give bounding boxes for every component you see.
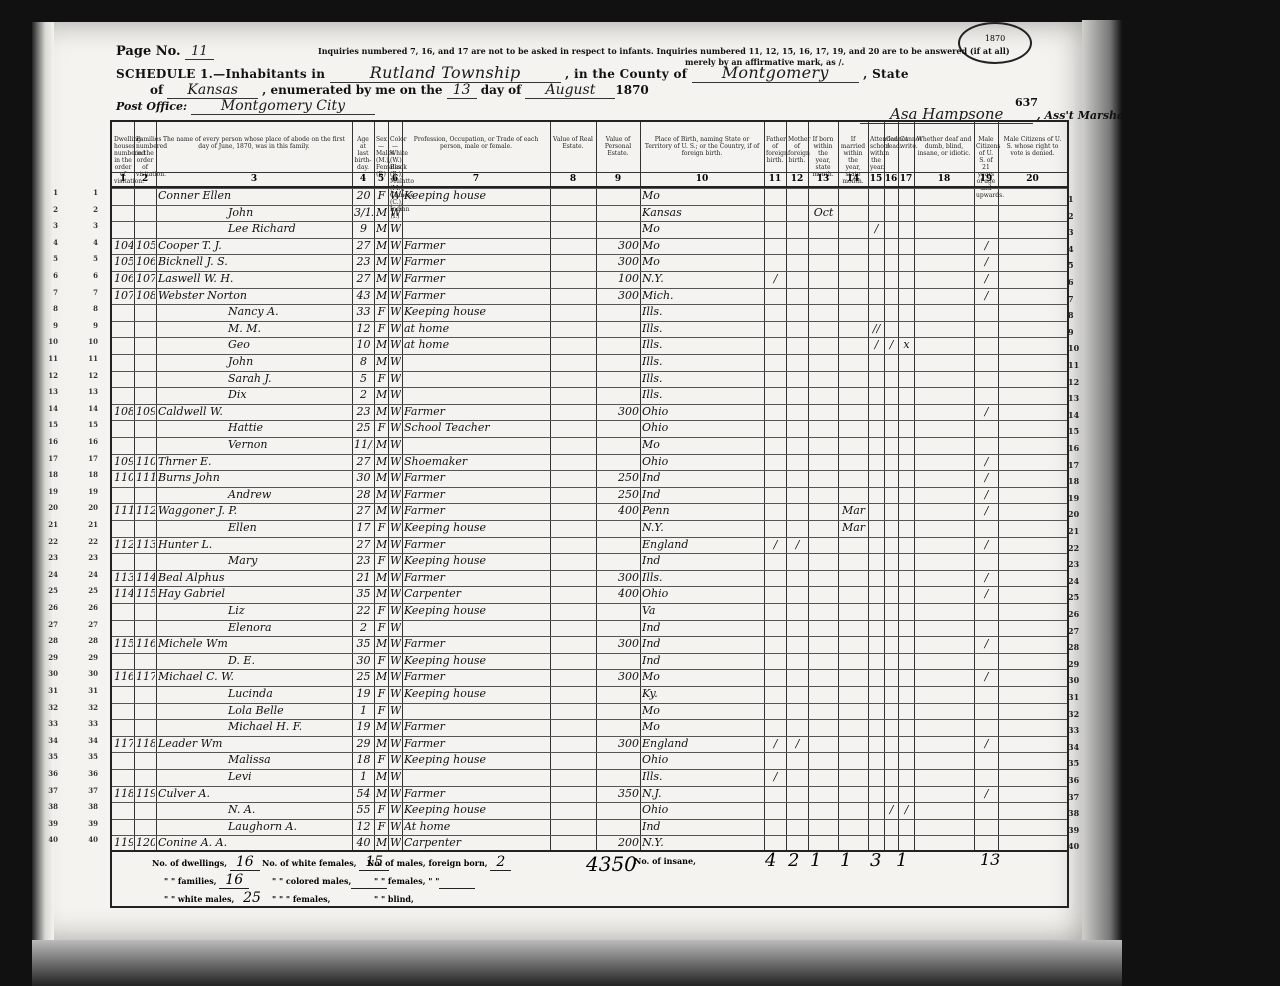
line-number-left: 11 xyxy=(38,354,58,363)
cell-c14: Mar xyxy=(840,504,867,517)
line-number-inner: 29 xyxy=(78,653,98,662)
cell-birthplace: Ills. xyxy=(642,388,763,401)
census-row: Dix2MWIlls. xyxy=(112,387,1067,405)
census-row: Michael H. F.19MWFarmerMo xyxy=(112,719,1067,737)
cell-age: 11/12 xyxy=(354,438,373,451)
cell-birthplace: Ky. xyxy=(642,687,763,700)
line-number-right: 3 xyxy=(1068,227,1074,237)
foreign-females-label: " " females, " " xyxy=(374,876,439,886)
cell-personal: 250 xyxy=(598,471,639,484)
cell-age: 33 xyxy=(354,305,373,318)
line-number-inner: 8 xyxy=(78,304,98,313)
column-number-3: 3 xyxy=(156,174,352,184)
line-number-right: 7 xyxy=(1068,294,1074,304)
dwellings-count: No. of dwellings, 16 xyxy=(152,854,260,870)
tally-13-value: 1 xyxy=(804,850,827,871)
cell-birthplace: Mo xyxy=(642,670,763,683)
county-value: Montgomery xyxy=(692,63,859,83)
column-number-5: 5 xyxy=(374,174,388,184)
tally-14-value: 1 xyxy=(834,850,857,871)
cell-sex: F xyxy=(376,604,387,617)
cell-birthplace: Ills. xyxy=(642,322,763,335)
cell-sex: F xyxy=(376,521,387,534)
cell-sex: M xyxy=(376,488,387,501)
column-number-13: 13 xyxy=(808,174,838,184)
line-number-inner: 9 xyxy=(78,321,98,330)
cell-name: Leader Wm xyxy=(158,737,351,750)
cell-birthplace: Mo xyxy=(642,239,763,252)
cell-family: 108 xyxy=(136,289,155,302)
cell-color: W xyxy=(390,770,401,783)
sheet-number: 637 xyxy=(1015,96,1038,109)
cell-age: 27 xyxy=(354,272,373,285)
cell-age: 35 xyxy=(354,637,373,650)
cell-c11: / xyxy=(766,272,785,285)
line-number-inner: 22 xyxy=(78,537,98,546)
cell-color: W xyxy=(390,737,401,750)
cell-personal: 300 xyxy=(598,571,639,584)
line-number-right: 25 xyxy=(1068,592,1079,602)
column-header-11: Father of foreign birth. xyxy=(766,136,784,164)
cell-age: 54 xyxy=(354,787,373,800)
cell-sex: M xyxy=(376,272,387,285)
cell-birthplace: Ills. xyxy=(642,338,763,351)
line-number-inner: 30 xyxy=(78,669,98,678)
line-number-right: 9 xyxy=(1068,327,1074,337)
cell-name: Michael C. W. xyxy=(158,670,351,683)
column-header-12: Mother of foreign birth. xyxy=(788,136,806,164)
line-number-inner: 24 xyxy=(78,570,98,579)
line-number-left: 6 xyxy=(38,271,58,280)
cell-dwelling: 113 xyxy=(114,571,133,584)
families-label: " " families, xyxy=(164,876,217,886)
census-row: N. A.55FWKeeping houseOhio// xyxy=(112,802,1067,820)
foreign-males-label: No. of males, foreign born, xyxy=(367,858,488,868)
cell-age: 20 xyxy=(354,189,373,202)
column-number-2: 2 xyxy=(134,174,156,184)
colored-females-label: " " " females, xyxy=(272,894,330,904)
census-row: 114115Hay Gabriel35MWCarpenter400Ohio/ xyxy=(112,586,1067,604)
cell-personal: 300 xyxy=(598,405,639,418)
cell-birthplace: Ills. xyxy=(642,571,763,584)
column-number-12: 12 xyxy=(786,174,808,184)
census-row: Elenora2FWInd xyxy=(112,620,1067,638)
cell-personal: 100 xyxy=(598,272,639,285)
cell-occupation: Farmer xyxy=(404,239,549,252)
cell-age: 28 xyxy=(354,488,373,501)
tally-col-19: 13 xyxy=(974,850,1006,869)
cell-color: W xyxy=(390,720,401,733)
cell-color: W xyxy=(390,504,401,517)
cell-birthplace: N.Y. xyxy=(642,272,763,285)
cell-sex: M xyxy=(376,405,387,418)
cell-birthplace: Mo xyxy=(642,704,763,717)
cell-sex: F xyxy=(376,305,387,318)
cell-birthplace: Mo xyxy=(642,222,763,235)
cell-personal: 300 xyxy=(598,289,639,302)
census-table: Dwelling-houses numbered in the order of… xyxy=(110,120,1069,852)
line-number-right: 21 xyxy=(1068,526,1079,536)
cell-name: Beal Alphus xyxy=(158,571,351,584)
cell-age: 21 xyxy=(354,571,373,584)
cell-sex: M xyxy=(376,206,387,219)
month-value: August xyxy=(525,82,615,99)
cell-color: W xyxy=(390,687,401,700)
cell-age: 2 xyxy=(354,621,373,634)
line-number-inner: 26 xyxy=(78,603,98,612)
cell-age: 27 xyxy=(354,504,373,517)
line-number-right: 20 xyxy=(1068,509,1079,519)
cell-birthplace: Mo xyxy=(642,189,763,202)
line-number-right: 36 xyxy=(1068,775,1079,785)
page-edge-bottom xyxy=(32,940,1122,986)
census-row: Lola Belle1FWMo xyxy=(112,703,1067,721)
cell-age: 10 xyxy=(354,338,373,351)
cell-color: W xyxy=(390,704,401,717)
cell-occupation: At home xyxy=(404,820,549,833)
cell-color: W xyxy=(390,554,401,567)
cell-occupation: Farmer xyxy=(404,637,549,650)
cell-c16: / xyxy=(886,803,897,816)
column-number-6: 6 xyxy=(388,174,402,184)
census-row: Nancy A.33FWKeeping houseIlls. xyxy=(112,304,1067,322)
cell-name: Burns John xyxy=(158,471,351,484)
cell-birthplace: Ohio xyxy=(642,455,763,468)
cell-sex: M xyxy=(376,239,387,252)
post-office-line: Post Office: Montgomery City xyxy=(116,98,375,114)
cell-name: Laswell W. H. xyxy=(158,272,351,285)
cell-c16: / xyxy=(886,338,897,351)
line-number-inner: 23 xyxy=(78,553,98,562)
column-header-15: Attended school within the year. xyxy=(870,136,882,171)
cell-sex: F xyxy=(376,803,387,816)
census-row: Laughorn A.12FWAt homeInd xyxy=(112,819,1067,837)
cell-name: Waggoner J. P. xyxy=(158,504,351,517)
line-number-left: 30 xyxy=(38,669,58,678)
cell-dwelling: 114 xyxy=(114,587,133,600)
column-number-15: 15 xyxy=(868,174,884,184)
colored-females-count: " " " females, xyxy=(272,890,366,906)
line-number-inner: 34 xyxy=(78,736,98,745)
cell-color: W xyxy=(390,637,401,650)
cell-birthplace: Ind xyxy=(642,488,763,501)
cell-color: W xyxy=(390,571,401,584)
tally-16-value: 1 xyxy=(890,850,913,871)
cell-sex: M xyxy=(376,455,387,468)
census-row: 111112Waggoner J. P.27MWFarmer400PennMar… xyxy=(112,503,1067,521)
cell-age: 35 xyxy=(354,587,373,600)
cell-birthplace: England xyxy=(642,538,763,551)
census-row: 118119Culver A.54MWFarmer350N.J./ xyxy=(112,786,1067,804)
census-row: 112113Hunter L.27MWFarmerEngland/// xyxy=(112,537,1067,555)
column-number-11: 11 xyxy=(764,174,786,184)
cell-sex: M xyxy=(376,504,387,517)
line-number-right: 40 xyxy=(1068,841,1079,851)
line-number-inner: 27 xyxy=(78,620,98,629)
cell-color: W xyxy=(390,355,401,368)
cell-color: W xyxy=(390,670,401,683)
cell-family: 112 xyxy=(136,504,155,517)
cell-family: 115 xyxy=(136,587,155,600)
cell-birthplace: Ohio xyxy=(642,803,763,816)
county-label: , in the County of xyxy=(565,67,687,81)
line-number-right: 22 xyxy=(1068,543,1079,553)
cell-birthplace: Ohio xyxy=(642,421,763,434)
cell-color: W xyxy=(390,289,401,302)
cell-personal: 400 xyxy=(598,587,639,600)
census-row: Andrew28MWFarmer250Ind/ xyxy=(112,487,1067,505)
line-number-left: 23 xyxy=(38,553,58,562)
line-number-inner: 18 xyxy=(78,470,98,479)
line-number-left: 34 xyxy=(38,736,58,745)
cell-family: 113 xyxy=(136,538,155,551)
cell-c11: / xyxy=(766,770,785,783)
cell-dwelling: 117 xyxy=(114,737,133,750)
line-number-left: 19 xyxy=(38,487,58,496)
cell-sex: F xyxy=(376,621,387,634)
census-row: 109110Thrner E.27MWShoemakerOhio/ xyxy=(112,454,1067,472)
cell-family: 111 xyxy=(136,471,155,484)
cell-sex: F xyxy=(376,189,387,202)
census-row: Ellen17FWKeeping houseN.Y.Mar xyxy=(112,520,1067,538)
line-number-right: 39 xyxy=(1068,825,1079,835)
cell-c19: / xyxy=(976,504,997,517)
cell-occupation: Farmer xyxy=(404,471,549,484)
cell-age: 23 xyxy=(354,554,373,567)
line-number-inner: 12 xyxy=(78,371,98,380)
line-number-right: 24 xyxy=(1068,576,1079,586)
cell-age: 30 xyxy=(354,654,373,667)
line-number-left: 33 xyxy=(38,719,58,728)
cell-birthplace: Ohio xyxy=(642,405,763,418)
cell-color: W xyxy=(390,654,401,667)
line-number-left: 24 xyxy=(38,570,58,579)
cell-occupation: Carpenter xyxy=(404,587,549,600)
line-number-inner: 15 xyxy=(78,420,98,429)
schedule-label: SCHEDULE 1.—Inhabitants in xyxy=(116,67,325,81)
cell-occupation: Keeping house xyxy=(404,654,549,667)
cell-color: W xyxy=(390,206,401,219)
cell-age: 27 xyxy=(354,538,373,551)
cell-sex: M xyxy=(376,255,387,268)
cell-name: Thrner E. xyxy=(158,455,351,468)
cell-sex: F xyxy=(376,654,387,667)
page-no-value: 11 xyxy=(185,44,214,60)
cell-age: 19 xyxy=(354,720,373,733)
line-number-inner: 40 xyxy=(78,835,98,844)
census-row: Geo10MWat homeIlls.//x xyxy=(112,337,1067,355)
cell-occupation: Farmer xyxy=(404,405,549,418)
cell-color: W xyxy=(390,421,401,434)
cell-age: 23 xyxy=(354,405,373,418)
cell-age: 27 xyxy=(354,239,373,252)
state-value: Kansas xyxy=(167,82,258,99)
cell-occupation: Farmer xyxy=(404,289,549,302)
census-row: 113114Beal Alphus21MWFarmer300Ills./ xyxy=(112,570,1067,588)
cell-birthplace: Ohio xyxy=(642,587,763,600)
cell-age: 5 xyxy=(354,372,373,385)
cell-sex: M xyxy=(376,355,387,368)
cell-birthplace: Ills. xyxy=(642,305,763,318)
line-number-left: 32 xyxy=(38,703,58,712)
cell-color: W xyxy=(390,305,401,318)
line-number-inner: 38 xyxy=(78,802,98,811)
cell-c19: / xyxy=(976,471,997,484)
cell-birthplace: Ind xyxy=(642,621,763,634)
blind-label: " " blind, xyxy=(374,894,414,904)
line-number-left: 22 xyxy=(38,537,58,546)
census-row: John8MWIlls. xyxy=(112,354,1067,372)
cell-c19: / xyxy=(976,239,997,252)
cell-occupation: Keeping house xyxy=(404,687,549,700)
cell-color: W xyxy=(390,488,401,501)
line-number-right: 31 xyxy=(1068,692,1079,702)
cell-occupation: at home xyxy=(404,322,549,335)
cell-color: W xyxy=(390,538,401,551)
cell-occupation: Keeping house xyxy=(404,305,549,318)
line-number-left: 29 xyxy=(38,653,58,662)
line-number-inner: 1 xyxy=(78,188,98,197)
line-number-right: 2 xyxy=(1068,211,1074,221)
cell-occupation: Keeping house xyxy=(404,753,549,766)
cell-sex: M xyxy=(376,737,387,750)
cell-occupation: Farmer xyxy=(404,787,549,800)
cell-occupation: Farmer xyxy=(404,720,549,733)
line-number-right: 26 xyxy=(1068,609,1079,619)
line-number-left: 35 xyxy=(38,752,58,761)
line-number-right: 15 xyxy=(1068,426,1079,436)
census-row: 106107Laswell W. H.27MWFarmer100N.Y.// xyxy=(112,271,1067,289)
line-number-inner: 25 xyxy=(78,586,98,595)
column-number-14: 14 xyxy=(838,174,868,184)
cell-occupation: Farmer xyxy=(404,504,549,517)
line-number-inner: 39 xyxy=(78,819,98,828)
tally-col-16: 1 xyxy=(890,850,913,871)
colored-males-count: " " colored males, xyxy=(272,872,387,888)
instructions-note: Inquiries numbered 7, 16, and 17 are not… xyxy=(318,46,1010,56)
cell-sex: M xyxy=(376,720,387,733)
cell-color: W xyxy=(390,803,401,816)
tally-col-12: 2 xyxy=(782,850,805,871)
cell-color: W xyxy=(390,471,401,484)
tally-11-value: 4 xyxy=(759,850,782,871)
cell-birthplace: Ind xyxy=(642,820,763,833)
line-number-inner: 32 xyxy=(78,703,98,712)
cell-sex: M xyxy=(376,637,387,650)
cell-dwelling: 104 xyxy=(114,239,133,252)
dwellings-value: 16 xyxy=(230,854,260,871)
cell-occupation: Farmer xyxy=(404,670,549,683)
cell-occupation: Keeping house xyxy=(404,803,549,816)
line-number-inner: 13 xyxy=(78,387,98,396)
white-males-count: " " white males, 25 xyxy=(164,890,267,906)
cell-birthplace: N.Y. xyxy=(642,521,763,534)
cell-personal: 300 xyxy=(598,637,639,650)
cell-birthplace: N.J. xyxy=(642,787,763,800)
line-number-right: 34 xyxy=(1068,742,1079,752)
line-number-left: 40 xyxy=(38,835,58,844)
cell-c19: / xyxy=(976,538,997,551)
cell-color: W xyxy=(390,521,401,534)
line-number-right: 8 xyxy=(1068,310,1074,320)
line-number-left: 3 xyxy=(38,221,58,230)
cell-family: 116 xyxy=(136,637,155,650)
line-number-left: 17 xyxy=(38,454,58,463)
cell-c13: Oct xyxy=(810,206,837,219)
tally-col-14: 1 xyxy=(834,850,857,871)
enumerated-label: , enumerated by me on the xyxy=(262,83,442,97)
cell-c15: / xyxy=(870,338,883,351)
census-row: Lucinda19FWKeeping houseKy. xyxy=(112,686,1067,704)
cell-family: 105 xyxy=(136,239,155,252)
line-number-left: 18 xyxy=(38,470,58,479)
census-row: 110111Burns John30MWFarmer250Ind/ xyxy=(112,470,1067,488)
cell-color: W xyxy=(390,455,401,468)
summary-section: No. of dwellings, 16 " " families, 16 " … xyxy=(110,848,1069,908)
column-number-8: 8 xyxy=(550,174,596,184)
cell-name: Michele Wm xyxy=(158,637,351,650)
column-number-18: 18 xyxy=(914,174,974,184)
foreign-females-count: " " females, " " xyxy=(374,872,475,888)
cell-family: 117 xyxy=(136,670,155,683)
cell-c11: / xyxy=(766,538,785,551)
column-number-9: 9 xyxy=(596,174,640,184)
cell-name: Cooper T. J. xyxy=(158,239,351,252)
cell-occupation: School Teacher xyxy=(404,421,549,434)
cell-color: W xyxy=(390,255,401,268)
cell-color: W xyxy=(390,372,401,385)
cell-occupation: Keeping house xyxy=(404,521,549,534)
line-number-inner: 4 xyxy=(78,238,98,247)
cell-c19: / xyxy=(976,587,997,600)
cell-dwelling: 105 xyxy=(114,255,133,268)
cell-dwelling: 108 xyxy=(114,405,133,418)
cell-c15: / xyxy=(870,222,883,235)
cell-personal: 300 xyxy=(598,670,639,683)
column-number-17: 17 xyxy=(898,174,914,184)
line-number-left: 36 xyxy=(38,769,58,778)
cell-age: 17 xyxy=(354,521,373,534)
census-row: Sarah J.5FWIlls. xyxy=(112,371,1067,389)
cell-c19: / xyxy=(976,670,997,683)
cell-sex: F xyxy=(376,687,387,700)
column-header-4: Age at last birth-day. xyxy=(354,136,372,171)
line-number-inner: 6 xyxy=(78,271,98,280)
cell-sex: F xyxy=(376,421,387,434)
column-header-7: Profession, Occupation, or Trade of each… xyxy=(404,136,548,150)
cell-birthplace: Ind xyxy=(642,637,763,650)
state-label: , State xyxy=(863,67,909,81)
column-header-16: Cannot read. xyxy=(886,136,896,150)
line-number-inner: 28 xyxy=(78,636,98,645)
line-number-right: 1 xyxy=(1068,194,1074,204)
line-number-right: 10 xyxy=(1068,343,1079,353)
line-number-inner: 36 xyxy=(78,769,98,778)
cell-age: 18 xyxy=(354,753,373,766)
cell-sex: M xyxy=(376,289,387,302)
cell-birthplace: Va xyxy=(642,604,763,617)
census-row: 105106Bicknell J. S.23MWFarmer300Mo/ xyxy=(112,254,1067,272)
cell-dwelling: 106 xyxy=(114,272,133,285)
cell-dwelling: 118 xyxy=(114,787,133,800)
header-divider xyxy=(112,172,1067,173)
cell-occupation: Keeping house xyxy=(404,554,549,567)
line-number-right: 13 xyxy=(1068,393,1079,403)
line-number-right: 19 xyxy=(1068,493,1079,503)
cell-c19: / xyxy=(976,289,997,302)
post-office-label: Post Office: xyxy=(116,100,187,113)
cell-color: W xyxy=(390,338,401,351)
